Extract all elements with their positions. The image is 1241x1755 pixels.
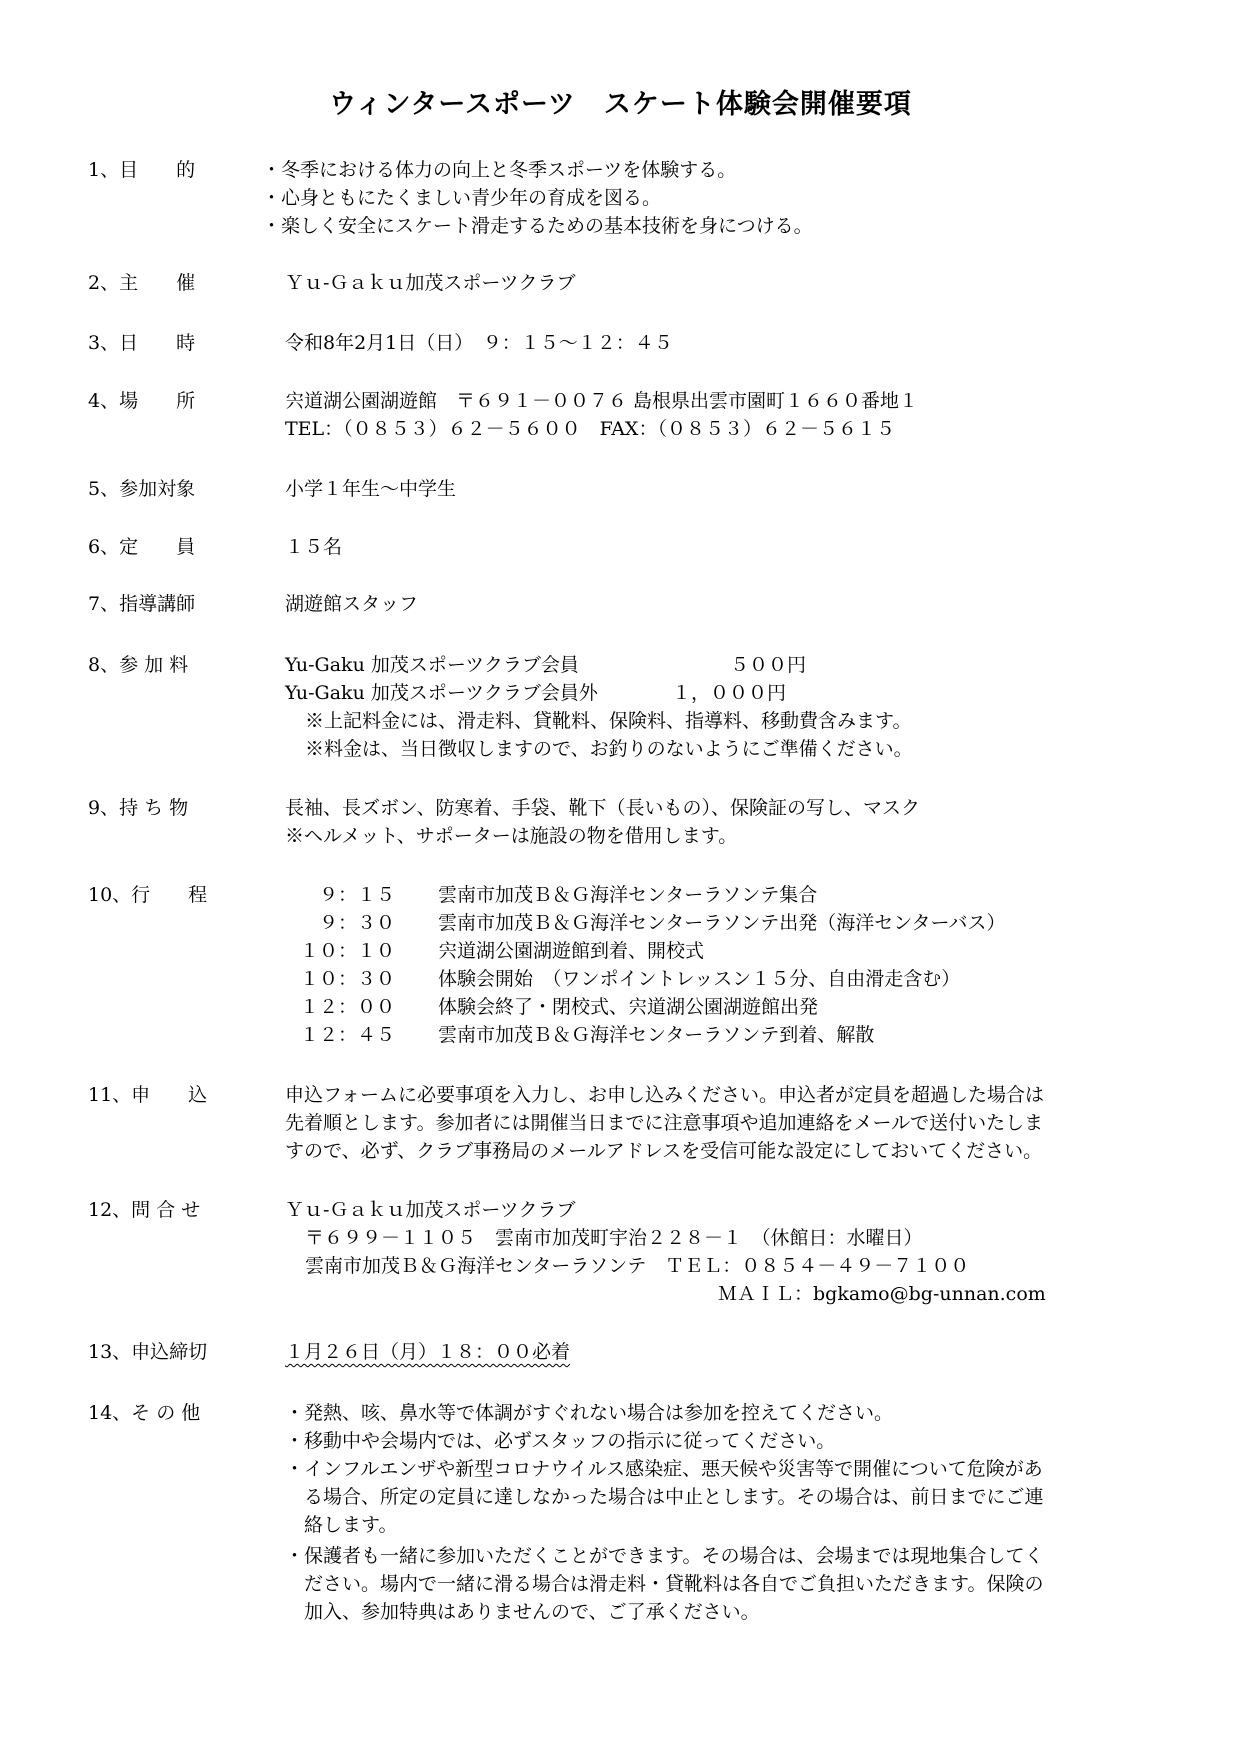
other-line: る場合、所定の定員に達しなかった場合は中止とします。その場合は、前日までにご連: [285, 1482, 1043, 1509]
purpose-line: ・楽しく安全にスケート滑走するための基本技術を身につける。: [262, 211, 813, 238]
fee-note: ※上記料金には、滑走料、貸靴料、保険料、指導料、移動費含みます。: [305, 706, 911, 733]
belongings-line: ※ヘルメット、サポーターは施設の物を借用します。: [285, 821, 737, 848]
application-line: 申込フォームに必要事項を入力し、お申し込みください。申込者が定員を超過した場合は: [285, 1080, 1044, 1107]
schedule-desc: 体験会開始 （ワンポイントレッスン１５分、自由滑走含む）: [438, 964, 960, 991]
section-organizer-label: 2、主 催: [88, 268, 195, 295]
section-fee-label: 8、参 加 料: [88, 650, 188, 677]
section-schedule-label: 10、行 程: [88, 880, 207, 907]
schedule-desc: 雲南市加茂Ｂ＆Ｇ海洋センターラソンテ集合: [438, 880, 817, 907]
application-line: 先着順とします。参加者には開催当日までに注意事項や追加連絡をメールで送付いたしま: [285, 1108, 1043, 1135]
other-line: 加入、参加特典はありませんので、ご了承ください。: [285, 1597, 760, 1624]
fee-note: ※料金は、当日徴収しますので、お釣りのないようにご準備ください。: [305, 734, 913, 761]
schedule-desc: 雲南市加茂Ｂ＆Ｇ海洋センターラソンテ到着、解散: [438, 1020, 874, 1047]
fee-row-name: Yu-Gaku 加茂スポーツクラブ会員: [285, 650, 579, 677]
fee-row-amount: １，０００円: [672, 678, 786, 705]
instructor-value: 湖遊館スタッフ: [285, 589, 418, 616]
schedule-desc: 宍道湖公園湖遊館到着、開校式: [438, 936, 704, 963]
schedule-time: １２：００: [285, 992, 395, 1019]
schedule-time: ９：３０: [285, 908, 395, 935]
section-instructor-label: 7、指導講師: [88, 589, 195, 616]
other-line: ・移動中や会場内では、必ずスタッフの指示に従ってください。: [285, 1426, 835, 1453]
capacity-value: １５名: [285, 532, 342, 559]
schedule-time: １０：１０: [285, 936, 395, 963]
section-contact-label: 12、問 合 せ: [88, 1195, 200, 1222]
other-line: ・保護者も一緒に参加いただくことができます。その場合は、会場までは現地集合してく: [285, 1541, 1043, 1568]
fee-row-name: Yu-Gaku 加茂スポーツクラブ会員外: [285, 678, 598, 705]
purpose-line: ・心身ともにたくましい青少年の育成を図る。: [262, 183, 661, 210]
eligibility-value: 小学１年生～中学生: [285, 474, 456, 501]
contact-address: 〒６９９－１１０５ 雲南市加茂町宇治２２８－１ （休館日：水曜日）: [305, 1223, 923, 1250]
document-title: ウィンタースポーツ スケート体験会開催要項: [0, 82, 1241, 121]
contact-mail: ＭＡＩＬ：bgkamo@bg-unnan.com: [718, 1279, 1046, 1306]
section-datetime-label: 3、日 時: [88, 328, 195, 355]
schedule-time: ９：１５: [285, 880, 395, 907]
section-eligibility-label: 5、参加対象: [88, 474, 195, 501]
section-purpose-label: 1、目 的: [88, 155, 195, 182]
schedule-time: １０：３０: [285, 964, 395, 991]
section-belongings-label: 9、持 ち 物: [88, 793, 188, 820]
contact-center-tel: 雲南市加茂Ｂ＆Ｇ海洋センターラソンテ ＴＥＬ：０８５４－４９－７１００: [305, 1251, 969, 1278]
datetime-value: 令和8年2月1日（日） ９：１５～１２：４５: [285, 328, 673, 355]
application-line: すので、必ず、クラブ事務局のメールアドレスを受信可能な設定にしておいてください。: [285, 1136, 1042, 1163]
schedule-time: １２：４５: [285, 1020, 395, 1047]
schedule-desc: 体験会終了・閉校式、宍道湖公園湖遊館出発: [438, 992, 818, 1019]
other-line: ・発熱、咳、鼻水等で体調がすぐれない場合は参加を控えてください。: [285, 1398, 893, 1425]
other-line: ・インフルエンザや新型コロナウイルス感染症、悪天候や災害等で開催について危険があ: [285, 1454, 1043, 1481]
schedule-desc: 雲南市加茂Ｂ＆Ｇ海洋センターラソンテ出発（海洋センターバス）: [438, 908, 1006, 935]
venue-phone-fax: TEL：（０８５３）６２－５６００ FAX：（０８５３）６２－５６１５: [285, 414, 895, 441]
section-application-label: 11、申 込: [88, 1080, 207, 1107]
deadline-value: １月２６日（月）１８：００必着: [285, 1337, 570, 1364]
other-line: 絡します。: [285, 1510, 397, 1537]
organizer-value: Ｙｕ-Ｇａｋｕ加茂スポーツクラブ: [285, 268, 575, 295]
section-venue-label: 4、場 所: [88, 386, 195, 413]
other-line: ださい。場内で一緒に滑る場合は滑走料・貸靴料は各自でご負担いただきます。保険の: [285, 1569, 1043, 1596]
section-capacity-label: 6、定 員: [88, 532, 195, 559]
section-other-label: 14、そ の 他: [88, 1398, 200, 1425]
venue-address: 宍道湖公園湖遊館 〒６９１－００７６ 島根県出雲市園町１６６０番地１: [285, 386, 918, 413]
section-deadline-label: 13、申込締切: [88, 1337, 207, 1364]
purpose-line: ・冬季における体力の向上と冬季スポーツを体験する。: [262, 155, 736, 182]
fee-row-amount: ５００円: [730, 650, 806, 677]
belongings-line: 長袖、長ズボン、防寒着、手袋、靴下（長いもの）、保険証の写し、マスク: [285, 793, 920, 820]
contact-org: Ｙｕ-Ｇａｋｕ加茂スポーツクラブ: [285, 1195, 575, 1222]
